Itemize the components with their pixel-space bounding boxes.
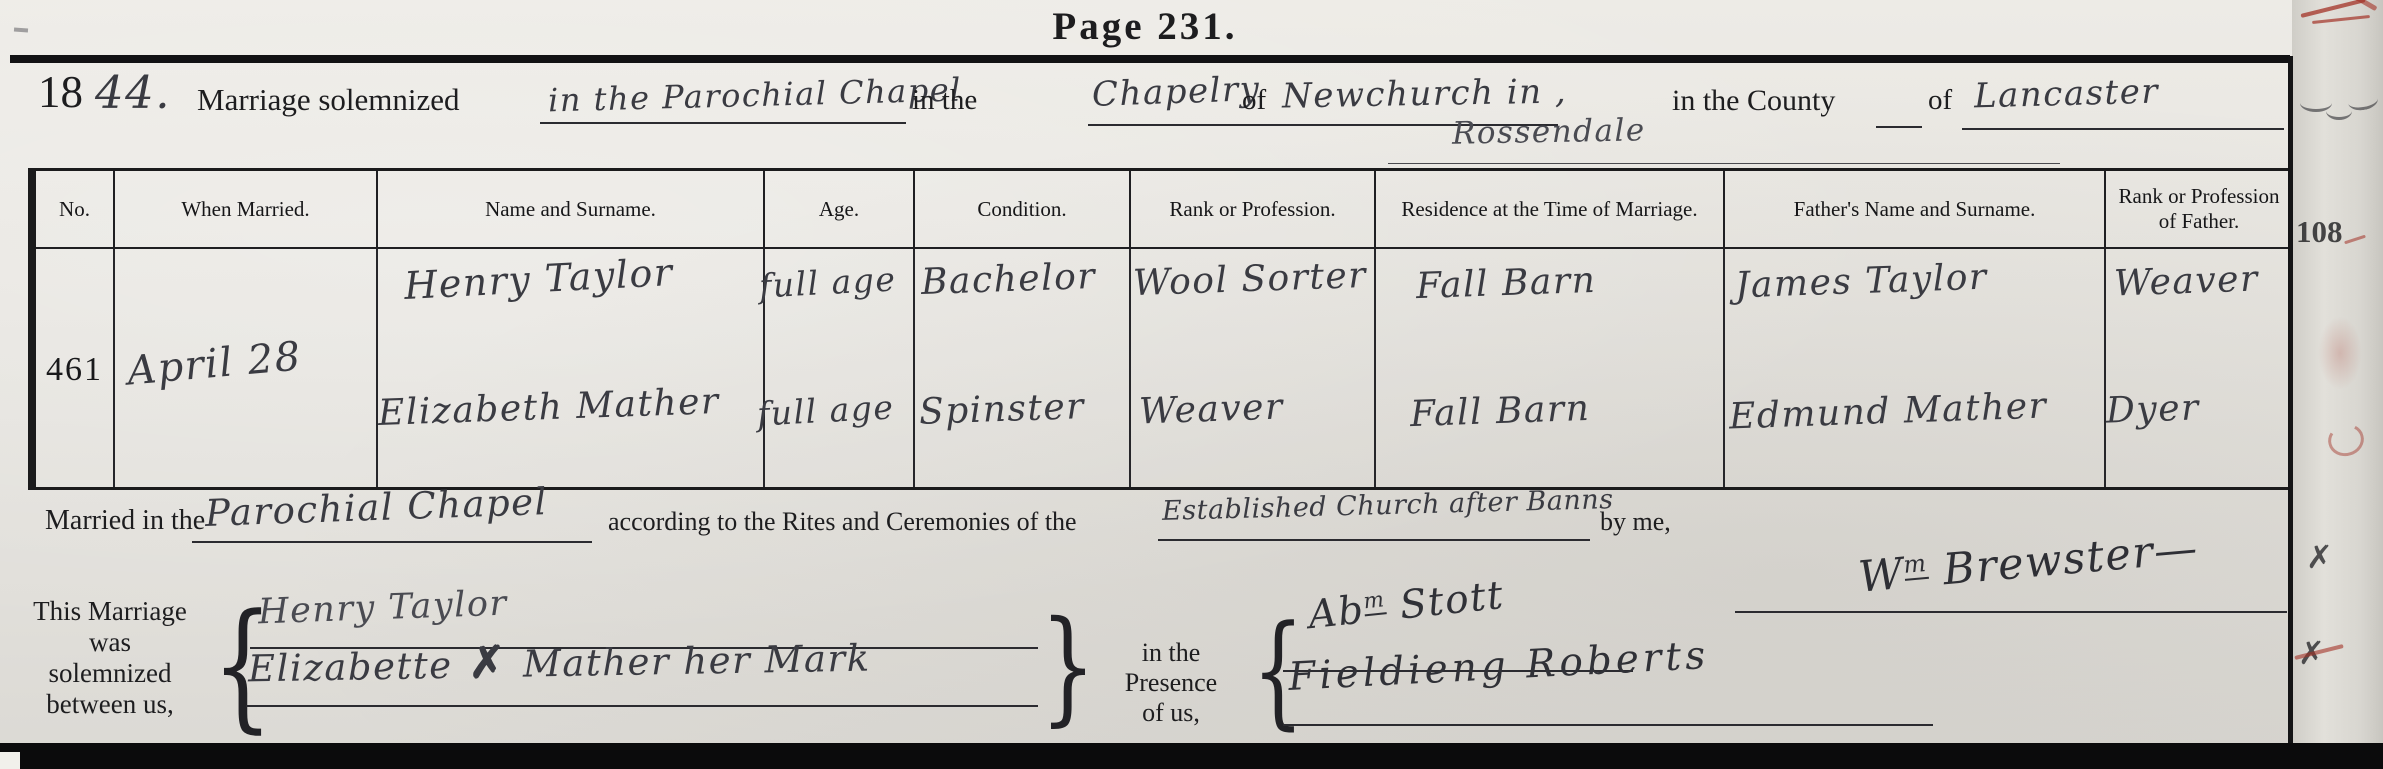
bride-profession: Weaver <box>1138 386 1284 432</box>
bride-name: Elizabeth Mather <box>377 381 720 434</box>
solemnized-label-line: This Marriage <box>6 596 214 627</box>
bride-x-mark-icon: ✗ <box>468 637 507 689</box>
adjacent-entry-number: 108 <box>2296 214 2343 250</box>
bride-father-profession: Dyer <box>2105 387 2200 431</box>
handwritten-place: in the Parochial Chapel <box>548 71 963 120</box>
officiant-signature: Wm Brewster— <box>1856 523 2200 603</box>
groom-signature: Henry Taylor <box>257 584 508 633</box>
entry-date: April 28 <box>125 333 303 394</box>
officiant-signature-part: W <box>1856 549 1906 603</box>
bottom-border <box>0 743 2383 769</box>
cell-conditions: Bachelor Spinster <box>914 248 1130 489</box>
witness-1-part: Ab <box>1306 588 1367 639</box>
solemnized-label-line: solemnized <box>6 658 214 689</box>
solemnized-label-line: was <box>6 627 214 658</box>
bride-age: full age <box>756 387 895 433</box>
column-header-when-married: When Married. <box>114 170 377 249</box>
witness-1-superscript: m <box>1362 587 1387 616</box>
groom-residence: Fall Barn <box>1415 260 1597 307</box>
year-handwritten: 44. <box>95 66 171 119</box>
ruled-line <box>1876 126 1922 128</box>
column-header-father-name: Father's Name and Surname. <box>1724 170 2105 249</box>
bride-signature-mark-text: Mather her Mark <box>522 637 870 686</box>
presence-label-line: of us, <box>1098 698 1244 728</box>
header-row: No. When Married. Name and Surname. Age.… <box>32 170 2294 249</box>
ruled-line <box>540 122 906 124</box>
handwritten-rossendale-note: Rossendale <box>1452 112 1646 151</box>
groom-father-name: James Taylor <box>1734 257 1988 307</box>
cell-residences: Fall Barn Fall Barn <box>1375 248 1724 489</box>
handwritten-county: Lancaster <box>1974 72 2160 117</box>
groom-profession: Wool Sorter <box>1132 255 1367 304</box>
groom-condition: Bachelor <box>920 256 1096 303</box>
officiant-signature-superscript: m <box>1902 549 1928 581</box>
groom-father-profession: Weaver <box>2113 258 2259 304</box>
ruled-line <box>1962 128 2284 130</box>
witness-1-part: Stott <box>1384 573 1507 630</box>
solemnized-label-line: between us, <box>6 689 214 720</box>
entry-number: 461 <box>46 351 103 389</box>
caption-marriage-solemnized: Marriage solemnized <box>197 82 460 118</box>
marriage-register-table: No. When Married. Name and Surname. Age.… <box>28 168 2296 490</box>
column-header-no: No. <box>32 170 114 249</box>
bride-condition: Spinster <box>918 386 1085 433</box>
column-header-condition: Condition. <box>914 170 1130 249</box>
married-in-label: Married in the <box>45 505 205 537</box>
groom-name: Henry Taylor <box>403 250 674 308</box>
corner-notch <box>0 752 20 769</box>
caption-in-the: in the <box>912 84 977 117</box>
ruled-line <box>246 705 1038 707</box>
column-header-residence: Residence at the Time of Marriage. <box>1375 170 1724 249</box>
red-scribble-icon <box>2324 420 2367 460</box>
adjacent-page-edge: 108 ✗ ✗ <box>2292 0 2383 769</box>
column-header-age: Age. <box>764 170 914 249</box>
ruled-line <box>1283 724 1933 726</box>
cell-ages: full age full age <box>764 248 914 489</box>
solemnized-label: This Marriage was solemnized between us, <box>6 596 214 720</box>
caption-of: of <box>1242 84 1266 117</box>
red-scribble-icon <box>2300 0 2365 18</box>
ruled-line <box>1388 163 2060 164</box>
groom-age: full age <box>758 259 897 305</box>
caption-county: in the County <box>1672 84 1835 118</box>
red-scribble-icon <box>2344 235 2366 245</box>
ruled-line <box>1158 539 1590 541</box>
cross-mark-icon: ✗ <box>2306 538 2333 576</box>
red-smudge <box>2318 316 2362 390</box>
presence-label-line: Presence <box>1098 668 1244 698</box>
presence-label-line: in the <box>1098 638 1244 668</box>
register-page: Page 231. 18 44. Marriage solemnized in … <box>0 0 2383 769</box>
cell-father-professions: Weaver Dyer <box>2105 248 2294 489</box>
cell-number: 461 <box>32 248 114 489</box>
page-edge-line <box>2288 56 2293 744</box>
cell-names: Henry Taylor Elizabeth Mather <box>377 248 764 489</box>
red-scribble-icon <box>2312 15 2370 24</box>
cell-professions: Wool Sorter Weaver <box>1130 248 1375 489</box>
bride-signature: Elizabette✗Mather her Mark <box>248 631 871 693</box>
rites-label: according to the Rites and Ceremonies of… <box>608 507 1077 537</box>
top-rule <box>10 55 2290 63</box>
cell-when-married: April 28 <box>114 248 377 489</box>
year-printed: 18 <box>38 66 83 118</box>
bride-signature-name: Elizabette <box>248 644 453 691</box>
column-header-name-surname: Name and Surname. <box>377 170 764 249</box>
officiant-signature-part: Brewster— <box>1926 523 2201 596</box>
bride-residence: Fall Barn <box>1409 388 1591 435</box>
rites-handwritten: Established Church after Banns <box>1162 484 1614 527</box>
handwritten-parish: Newchurch in , <box>1282 72 1568 117</box>
cell-father-names: James Taylor Edmund Mather <box>1724 248 2105 489</box>
brace-close-icon: } <box>1040 594 1096 738</box>
column-header-father-profession: Rank or Profession of Father. <box>2105 170 2294 249</box>
ruled-line <box>192 541 592 543</box>
column-header-rank-profession: Rank or Profession. <box>1130 170 1375 249</box>
ruled-line <box>1735 611 2287 613</box>
entry-row: 461 April 28 Henry Taylor Elizabeth Math… <box>32 248 2294 489</box>
presence-label: in the Presence of us, <box>1098 638 1244 728</box>
caption-of-2: of <box>1928 84 1952 117</box>
witness-2-signature: Fieldieng Roberts <box>1287 633 1710 700</box>
page-title: Page 231. <box>0 4 2290 49</box>
handwritten-district: Chapelry <box>1091 69 1261 115</box>
bride-father-name: Edmund Mather <box>1728 385 2048 437</box>
by-me-label: by me, <box>1600 507 1671 537</box>
witness-1-signature: Abm Stott <box>1306 573 1506 638</box>
